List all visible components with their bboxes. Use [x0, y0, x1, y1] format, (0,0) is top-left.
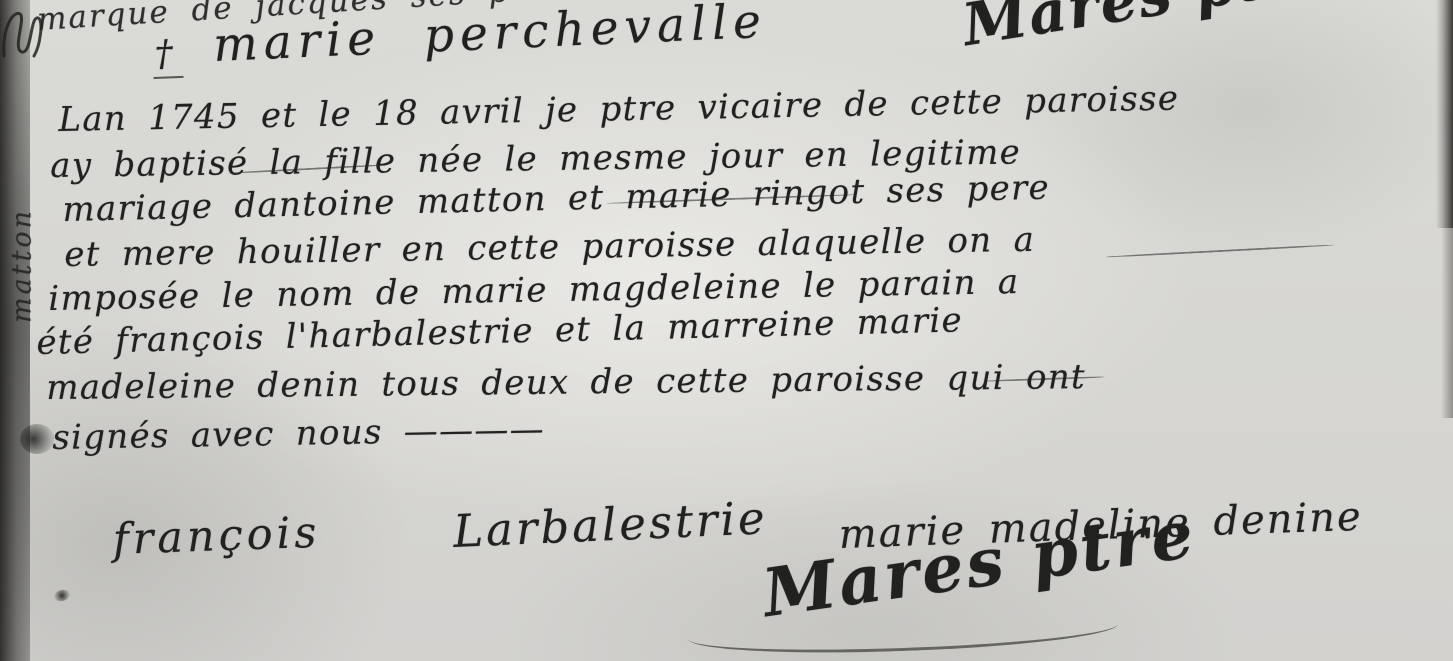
page-edge-right: [1436, 0, 1453, 228]
pen-stroke: [1105, 244, 1335, 258]
signature-flourish: [687, 605, 1118, 659]
margin-note-surname: matton: [7, 186, 38, 346]
cross-mark: †: [152, 33, 184, 79]
record-body-line: madeleine denin tous deux de cette paroi…: [46, 357, 1086, 408]
signature-godfather-surname: Larbalestrie: [452, 491, 769, 558]
record-body-line: Lan 1745 et le 18 avril je ptre vicaire …: [58, 78, 1180, 140]
ink-smudge: [20, 424, 54, 454]
signature-godfather-first-name: françois: [112, 508, 321, 565]
ink-dot: [53, 588, 71, 603]
priest-signature-top: Mares ptre: [958, 0, 1341, 59]
register-page-scan: matton marque de jacques ses p † marie p…: [0, 0, 1453, 661]
record-body-line: signés avec nous ————: [52, 409, 545, 458]
page-edge-right-faint: [1441, 228, 1453, 418]
